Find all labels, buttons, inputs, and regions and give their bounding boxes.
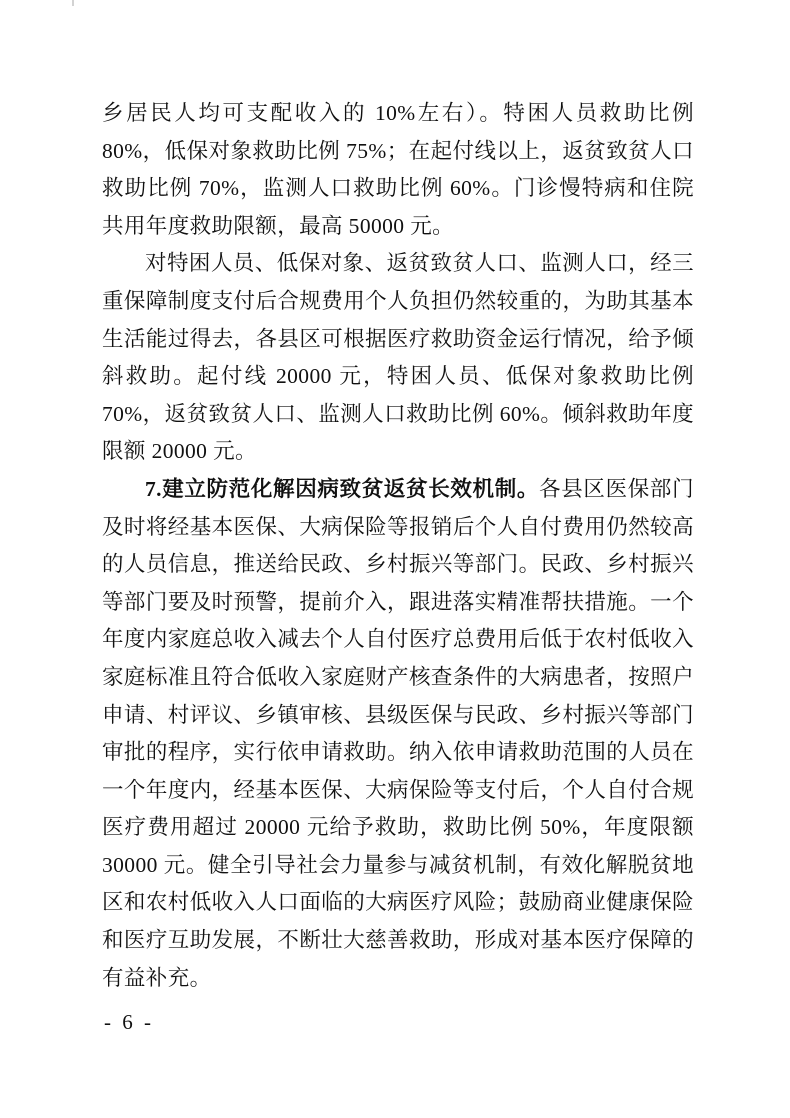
paragraph-item-7-heading: 7.建立防范化解因病致贫返贫长效机制。: [145, 477, 539, 501]
document-body: 乡居民人均可支配收入的 10%左右）。特困人员救助比例 80%，低保对象救助比例…: [102, 95, 694, 997]
paragraph-item-7: 7.建立防范化解因病致贫返贫长效机制。各县区医保部门及时将经基本医保、大病保险等…: [102, 471, 694, 997]
scan-artifact: [72, 0, 74, 6]
paragraph-item-7-text: 各县区医保部门及时将经基本医保、大病保险等报销后个人自付费用仍然较高的人员信息，…: [102, 477, 694, 990]
page-number: - 6 -: [104, 1010, 154, 1035]
document-page: 乡居民人均可支配收入的 10%左右）。特困人员救助比例 80%，低保对象救助比例…: [0, 0, 790, 1118]
paragraph-continuation: 乡居民人均可支配收入的 10%左右）。特困人员救助比例 80%，低保对象救助比例…: [102, 95, 694, 245]
paragraph-tilted-assistance: 对特困人员、低保对象、返贫致贫人口、监测人口，经三重保障制度支付后合规费用个人负…: [102, 245, 694, 471]
paragraph-continuation-text: 乡居民人均可支配收入的 10%左右）。特困人员救助比例 80%，低保对象救助比例…: [102, 101, 694, 238]
paragraph-tilted-assistance-text: 对特困人员、低保对象、返贫致贫人口、监测人口，经三重保障制度支付后合规费用个人负…: [102, 251, 694, 463]
